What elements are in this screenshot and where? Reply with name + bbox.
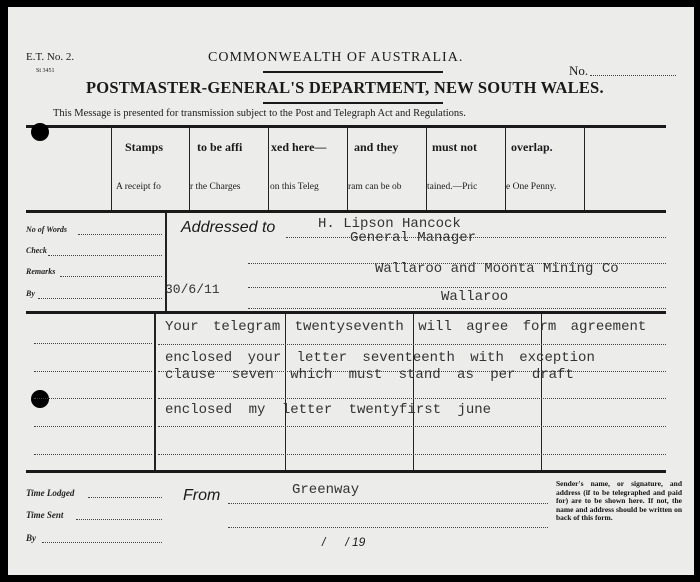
left-ruled-line (34, 343, 152, 344)
stock-code: St 3451 (36, 68, 55, 74)
form-code: E.T. No. 2. (26, 51, 74, 63)
message-line-1[interactable] (158, 344, 666, 345)
stamps-text-2: to be affi (197, 140, 242, 155)
remarks-field[interactable] (60, 276, 162, 277)
address-bottom-rule (26, 311, 666, 314)
time-lodged-label: Time Lodged (26, 488, 74, 498)
left-ruled-line (34, 371, 152, 372)
number-field[interactable] (590, 75, 676, 76)
stamps-top-rule (26, 125, 666, 128)
stamp-divider (426, 127, 427, 210)
stamps-text-4: and they (354, 140, 398, 155)
receipt-text-6: e One Penny. (506, 182, 556, 192)
commonwealth-heading: COMMONWEALTH OF AUSTRALIA. (208, 50, 463, 66)
stamp-divider (347, 127, 348, 210)
message-column-divider (541, 314, 542, 470)
message-text-line-1: Your telegram twentyseventh will agree f… (165, 319, 646, 335)
time-sent-label: Time Sent (26, 510, 63, 520)
receipt-text-5: tained.—Pric (427, 182, 477, 192)
date-stamp: 30/6/11 (165, 282, 220, 297)
stamp-divider (189, 127, 190, 210)
footer-by-label: By (26, 533, 36, 543)
heading-rule-bottom (263, 102, 443, 104)
message-line-3[interactable] (158, 398, 666, 399)
message-line-5[interactable] (158, 454, 666, 455)
receipt-text-1: A receipt fo (116, 182, 161, 192)
message-line-4[interactable] (158, 426, 666, 427)
address-line-4[interactable] (248, 308, 666, 309)
department-heading: POSTMASTER-GENERAL'S DEPARTMENT, NEW SOU… (86, 78, 604, 98)
stamp-divider (111, 127, 112, 210)
stamps-text-3: xed here— (271, 140, 326, 155)
receipt-text-4: ram can be ob (348, 182, 402, 192)
from-field[interactable] (228, 503, 548, 504)
message-left-divider (154, 314, 156, 470)
no-of-words-label: No of Words (26, 225, 67, 234)
stamp-divider (268, 127, 269, 210)
from-label: From (183, 487, 220, 505)
left-ruled-line (34, 398, 152, 399)
message-text-line-2: enclosed your letter seventeenth with ex… (165, 350, 595, 366)
receipt-text-2: r the Charges (190, 182, 240, 192)
by-label: By (26, 289, 35, 298)
check-label: Check (26, 246, 47, 255)
time-lodged-field[interactable] (88, 497, 162, 498)
footer-by-field[interactable] (42, 542, 162, 543)
from-value: Greenway (292, 482, 359, 498)
from-field-2[interactable] (228, 527, 548, 528)
message-column-divider (413, 314, 414, 470)
heading-rule-top (263, 71, 443, 73)
message-text-line-3: clause seven which must stand as per dra… (165, 367, 574, 383)
address-line-3[interactable] (248, 287, 666, 288)
stamps-text-6: overlap. (511, 140, 553, 155)
punch-hole-top (31, 123, 49, 141)
addressed-to-label: Addressed to (181, 219, 275, 237)
message-text-line-4: enclosed my letter twentyfirst june (165, 402, 491, 418)
message-column-divider (285, 314, 286, 470)
addressee-company: Wallaroo and Moonta Mining Co (375, 261, 619, 277)
telegram-form: E.T. No. 2. St 3451 COMMONWEALTH OF AUST… (8, 7, 694, 575)
sender-note: Sender's name, or signature, and address… (556, 480, 682, 523)
check-field[interactable] (48, 255, 162, 256)
addressee-town: Wallaroo (441, 289, 508, 305)
stamp-divider (505, 127, 506, 210)
left-ruled-line (34, 426, 152, 427)
stamps-text-5: must not (432, 140, 477, 155)
date-field[interactable]: / / 19 (322, 535, 365, 549)
time-sent-field[interactable] (76, 519, 162, 520)
remarks-label: Remarks (26, 267, 55, 276)
no-of-words-field[interactable] (78, 234, 162, 235)
left-ruled-line (34, 454, 152, 455)
stamp-divider (584, 127, 585, 210)
number-label: No. (569, 63, 588, 79)
addressee-title: General Manager (350, 230, 476, 246)
receipt-text-3: on this Teleg (270, 182, 319, 192)
transmission-notice: This Message is presented for transmissi… (53, 108, 466, 119)
message-bottom-rule (26, 470, 666, 473)
stamps-text-1: Stamps (125, 140, 163, 155)
punch-hole-bottom (31, 390, 49, 408)
stamps-bottom-rule (26, 210, 666, 213)
by-field[interactable] (38, 298, 162, 299)
